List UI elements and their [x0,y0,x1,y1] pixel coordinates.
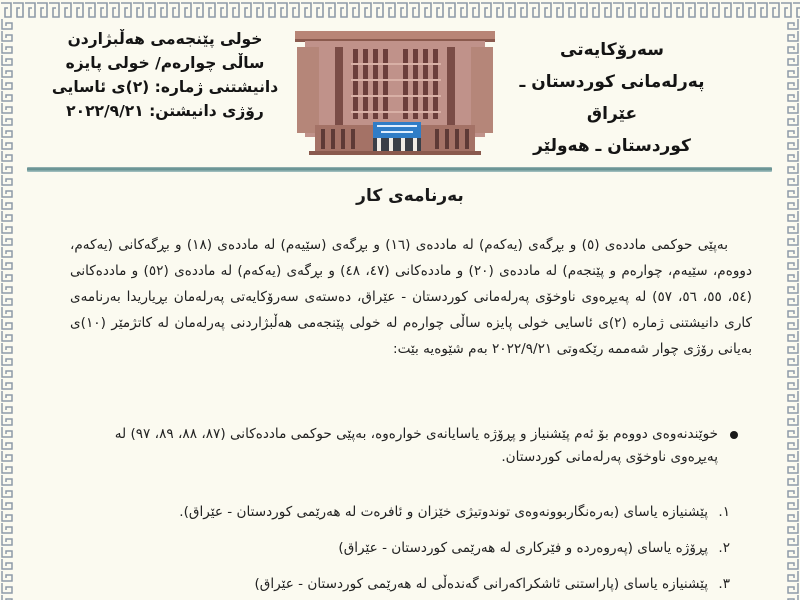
institution-line-3: کوردستان ـ هەولێر [492,130,732,162]
agenda-item-number: ٣. [718,572,730,596]
parliament-building-image [291,29,499,157]
agenda-item-text: پڕۆژە یاسای (پەروەردە و فێرکاری لە هەرێم… [338,540,708,556]
institution-line-1: سەرۆکایەتی [492,34,732,66]
agenda-item: ١. پێشنیازە یاسای (بەرەنگاربوونەوەی توند… [70,500,752,524]
session-term: خولی پێنجەمی هەڵبژاردن [40,27,290,51]
session-date: رۆژی دانیشتن: ٢٠٢٢/٩/٢١ [40,99,290,123]
letterhead: سەرۆکایەتی پەرلەمانی کوردستان ـ عێراق کو… [20,22,780,152]
bullet-item-text: خوێندنەوەی دووەم بۆ ئەم پێشنیاز و پڕۆژە … [115,426,718,465]
agenda-item-text: پێشنیازە یاسای (بەرەنگاربوونەوەی توندوتی… [179,504,708,520]
decorative-border-right [786,18,800,600]
agenda-item-number: ٢. [718,536,730,560]
session-year: ساڵی چوارەم/ خولی پایزە [40,51,290,75]
decorative-border-top [0,0,800,22]
session-number: دانیشتنی ژمارە: (٢)ی ئاسایی [40,75,290,99]
intro-paragraph-container: بەپێی حوکمی ماددەی (٥) و بڕگەی (یەکەم) ل… [70,232,752,362]
bullet-dot-icon [730,431,738,439]
agenda-item: ٣. پێشنیازە یاسای (پاراستنی ئاشکراکەرانی… [70,572,752,596]
agenda-item-text: پێشنیازە یاسای (پاراستنی ئاشکراکەرانی گە… [254,576,708,592]
institution-block: سەرۆکایەتی پەرلەمانی کوردستان ـ عێراق کو… [492,34,732,162]
document-title: بەرنامەی کار [300,186,520,206]
agenda-list: ١. پێشنیازە یاسای (بەرەنگاربوونەوەی توند… [70,500,752,600]
institution-line-2: پەرلەمانی کوردستان ـ عێراق [492,66,732,130]
decorative-border-left [0,18,14,600]
session-info-block: خولی پێنجەمی هەڵبژاردن ساڵی چوارەم/ خولی… [40,27,290,123]
bullet-list: خوێندنەوەی دووەم بۆ ئەم پێشنیاز و پڕۆژە … [70,423,752,469]
agenda-item: ٢. پڕۆژە یاسای (پەروەردە و فێرکاری لە هە… [70,536,752,560]
header-divider [27,167,772,172]
intro-paragraph: بەپێی حوکمی ماددەی (٥) و بڕگەی (یەکەم) ل… [70,232,752,362]
bullet-item: خوێندنەوەی دووەم بۆ ئەم پێشنیاز و پڕۆژە … [70,423,752,469]
agenda-item-number: ١. [718,500,730,524]
